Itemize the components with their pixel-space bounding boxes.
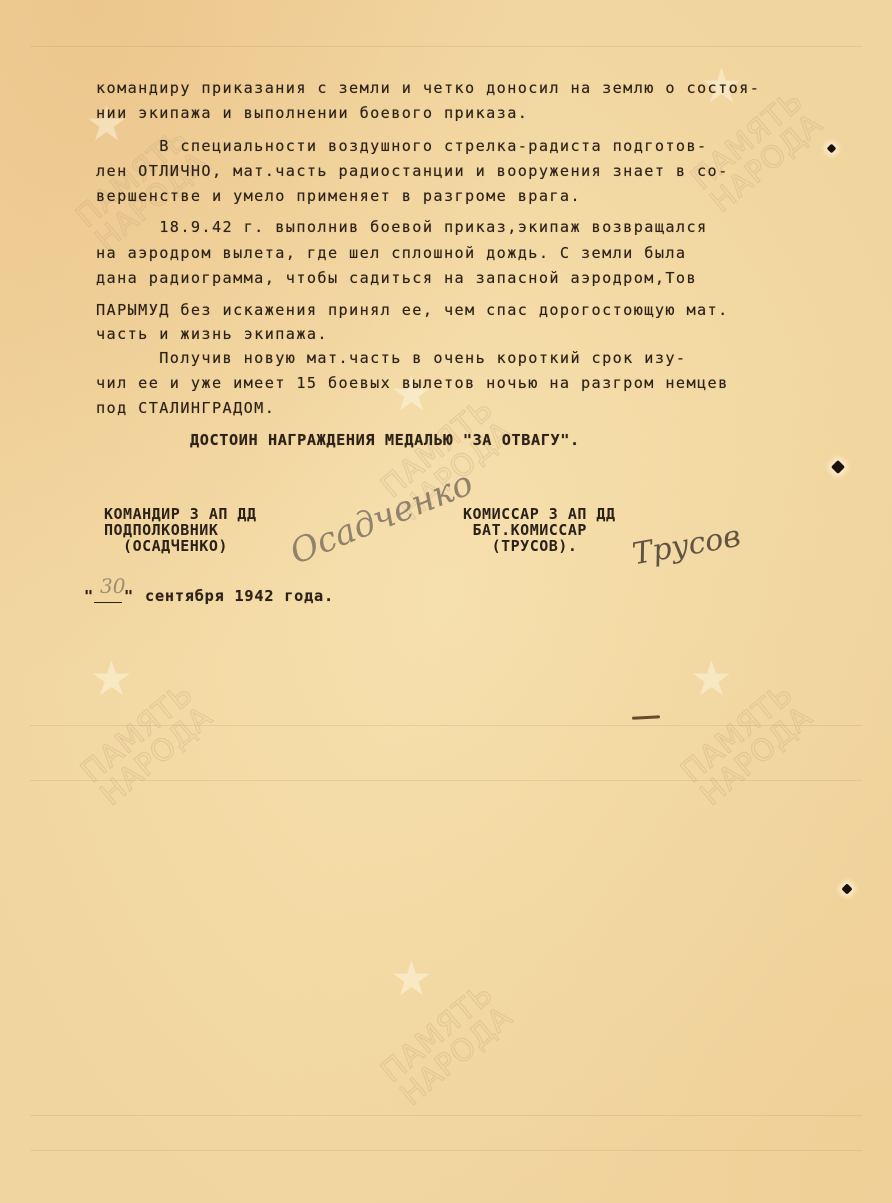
ruled-line (30, 780, 862, 781)
body-line: вершенстве и умело применяет в разгроме … (96, 184, 581, 208)
award-recommendation: ДОСТОИН НАГРАЖДЕНИЯ МЕДАЛЬЮ "ЗА ОТВАГУ". (190, 428, 580, 452)
body-line: лен ОТЛИЧНО, мат.часть радиостанции и во… (96, 159, 729, 183)
body-line: В специальности воздушного стрелка-радис… (96, 134, 708, 158)
watermark-text: ПАМЯТЬНАРОДА (76, 679, 218, 812)
star-icon: ★ (690, 655, 733, 703)
body-line: ПАРЫМУД без искажения принял ее, чем спа… (96, 298, 729, 322)
ink-mark (632, 715, 660, 719)
body-line: Получив новую мат.часть в очень короткий… (96, 346, 686, 370)
commissar-name: (ТРУСОВ). (463, 537, 577, 555)
ruled-line (30, 46, 862, 47)
body-line: 18.9.42 г. выполнив боевой приказ,экипаж… (96, 215, 708, 239)
date-day-underline (94, 602, 122, 603)
punch-hole (831, 460, 845, 474)
body-line: чил ее и уже имеет 15 боевых вылетов ноч… (96, 371, 729, 395)
body-line: часть и жизнь экипажа. (96, 322, 328, 346)
date-day-handwritten: 30 (100, 574, 125, 598)
commander-name: (ОСАДЧЕНКО) (104, 537, 228, 555)
watermark-text: ПАМЯТЬНАРОДА (686, 86, 828, 219)
date-text: сентября 1942 года. (145, 584, 334, 608)
watermark-text: ПАМЯТЬНАРОДА (376, 979, 518, 1112)
body-line: командиру приказания с земли и четко дон… (96, 76, 760, 100)
date-open-quote: " (84, 584, 94, 608)
commander-signature: Осадченко (285, 463, 479, 572)
watermark: ★ ПАМЯТЬНАРОДА (680, 655, 850, 825)
watermark: ★ ПАМЯТЬНАРОДА (380, 955, 550, 1125)
ruled-line (30, 1115, 862, 1116)
commander-signature-block: КОМАНДИР 3 АП ДД ПОДПОЛКОВНИК (ОСАДЧЕНКО… (104, 506, 257, 554)
punch-hole (827, 144, 837, 154)
ruled-line (30, 725, 862, 726)
date-close-quote: " (124, 584, 134, 608)
body-line: дана радиограмма, чтобы садиться на запа… (96, 266, 697, 290)
watermark-text: ПАМЯТЬНАРОДА (676, 679, 818, 812)
body-line: нии экипажа и выполнении боевого приказа… (96, 101, 528, 125)
document-page: ★ ПАМЯТЬНАРОДА ★ ПАМЯТЬНАРОДА ★ ПАМЯТЬНА… (0, 0, 892, 1203)
star-icon: ★ (390, 955, 433, 1003)
ruled-line (30, 1150, 862, 1151)
body-line: под СТАЛИНГРАДОМ. (96, 396, 275, 420)
body-line: на аэродром вылета, где шел сплошной дож… (96, 241, 686, 265)
commissar-signature: Трусов (630, 519, 743, 572)
commissar-signature-block: КОМИССАР 3 АП ДД БАТ.КОМИССАР (ТРУСОВ). (463, 506, 616, 554)
watermark: ★ ПАМЯТЬНАРОДА (80, 655, 250, 825)
star-icon: ★ (90, 655, 133, 703)
punch-hole (841, 883, 852, 894)
